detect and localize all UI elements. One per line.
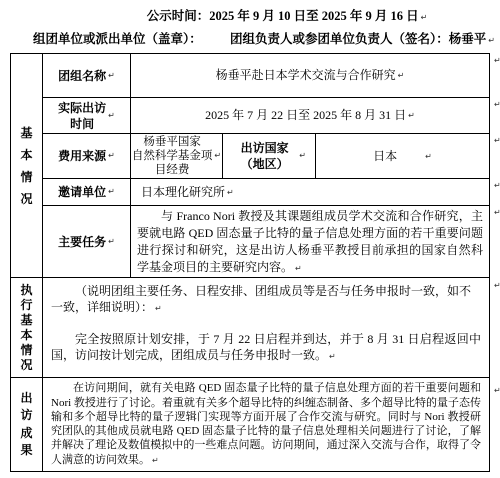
execution-note: （说明团组主要任务、日程安排、团组成员等是否与任务申报时一致，如不一致，详细说明… — [51, 283, 481, 317]
visit-dates-label: 实际出访 时间↵ — [43, 98, 131, 133]
table-row-funding: 费用来源↵ 杨垂平国家 自然科学基金项 目经费↵ 出访国家（地区）↵ 日本↵ — [43, 134, 489, 179]
paragraph-mark-icon: ↵ — [494, 281, 500, 290]
paragraph-mark-icon: ↵ — [494, 386, 500, 395]
table-row-main-tasks: 主要任务↵ 与 Franco Nori 教授及其课题组成员学术交流和合作研究，主… — [43, 206, 489, 277]
paragraph-mark-icon: ↵ — [408, 108, 415, 123]
report-table: 基本情况 团组名称↵ 杨垂平赴日本学术交流与合作研究↵ 实际出访 时间↵ — [10, 53, 490, 472]
paragraph-mark-icon: ↵ — [108, 148, 115, 164]
destination-country-value: 日本↵ — [316, 134, 489, 178]
paragraph-mark-icon: ↵ — [488, 36, 495, 45]
destination-country-label: 出访国家（地区）↵ — [223, 134, 316, 178]
main-tasks-value: 与 Franco Nori 教授及其课题组成员学术交流和合作研究，主要就电路 Q… — [131, 206, 489, 277]
document-page: 公示时间：2025 年 9 月 10 日至 2025 年 9 月 16 日↵ 组… — [0, 0, 500, 478]
paragraph-mark-icon: ↵ — [494, 136, 500, 145]
section-execution-label-text: 执行基本情况 — [20, 283, 33, 373]
section-basic-info: 基本情况 团组名称↵ 杨垂平赴日本学术交流与合作研究↵ 实际出访 时间↵ — [11, 54, 489, 278]
paragraph-mark-icon: ↵ — [398, 68, 405, 83]
table-row-host: 邀请单位↵ 日本理化研究所↵ — [43, 179, 489, 206]
group-name-label: 团组名称↵ — [43, 54, 131, 97]
section-results-label-text: 出访成果 — [20, 390, 33, 460]
table-row-group-name: 团组名称↵ 杨垂平赴日本学术交流与合作研究↵ — [43, 54, 489, 98]
paragraph-mark-icon: ↵ — [329, 352, 336, 361]
paragraph-mark-icon: ↵ — [108, 108, 115, 124]
group-name-value: 杨垂平赴日本学术交流与合作研究↵ — [131, 54, 489, 97]
paragraph-mark-icon: ↵ — [494, 100, 500, 109]
visit-dates-value: 2025 年 7 月 22 日至 2025 年 8 月 31 日↵ — [131, 98, 489, 133]
inviting-org-value: 日本理化研究所↵ — [131, 179, 489, 205]
paragraph-mark-icon: ↵ — [421, 13, 428, 22]
signature-line: 组团单位或派出单位（盖章）： 团组负责人或参团单位负责人（签名）：杨垂平↵ — [33, 29, 495, 47]
paragraph-mark-icon: ↵ — [299, 148, 306, 164]
paragraph-mark-icon: ↵ — [425, 149, 432, 164]
section-basic-label: 基本情况 — [11, 54, 43, 277]
basic-info-rows: 团组名称↵ 杨垂平赴日本学术交流与合作研究↵ 实际出访 时间↵ 2025 年 7… — [43, 54, 489, 277]
results-content: 在访问期间，就有关电路 QED 固态量子比特的量子信息处理方面的若干重要问题和 … — [43, 378, 489, 471]
publicity-period-line: 公示时间：2025 年 9 月 10 日至 2025 年 9 月 16 日↵ — [74, 6, 500, 24]
table-row-visit-dates: 实际出访 时间↵ 2025 年 7 月 22 日至 2025 年 8 月 31 … — [43, 98, 489, 134]
org-unit-seal-label: 组团单位或派出单位（盖章）： — [33, 29, 202, 47]
publicity-period-text: 公示时间：2025 年 9 月 10 日至 2025 年 9 月 16 日 — [147, 9, 419, 23]
section-results-label: 出访成果 — [11, 378, 43, 471]
paragraph-mark-icon: ↵ — [295, 264, 302, 273]
paragraph-mark-icon: ↵ — [214, 149, 221, 163]
section-results: 出访成果 在访问期间，就有关电路 QED 固态量子比特的量子信息处理方面的若干重… — [11, 378, 489, 471]
section-execution: 执行基本情况 （说明团组主要任务、日程安排、团组成员等是否与任务申报时一致，如不… — [11, 278, 489, 378]
execution-statement: 完全按照原计划安排，于 7 月 22 日启程并到达，并于 8 月 31 日启程返… — [51, 331, 481, 365]
main-tasks-label: 主要任务↵ — [43, 206, 131, 277]
execution-content: （说明团组主要任务、日程安排、团组成员等是否与任务申报时一致，如不一致，详细说明… — [43, 278, 489, 377]
paragraph-mark-icon: ↵ — [108, 68, 115, 84]
section-execution-label: 执行基本情况 — [11, 278, 43, 377]
paragraph-mark-icon: ↵ — [155, 304, 162, 313]
section-basic-label-text: 基本情况 — [20, 122, 33, 210]
leader-signature-text: 团组负责人或参团单位负责人（签名）：杨垂平↵ — [230, 29, 495, 47]
paragraph-mark-icon: ↵ — [108, 184, 115, 200]
paragraph-mark-icon: ↵ — [152, 456, 159, 465]
inviting-org-label: 邀请单位↵ — [43, 179, 131, 205]
paragraph-mark-icon: ↵ — [494, 56, 500, 65]
funding-source-label: 费用来源↵ — [43, 134, 131, 178]
funding-source-value: 杨垂平国家 自然科学基金项 目经费↵ — [131, 134, 223, 178]
paragraph-mark-icon: ↵ — [108, 234, 115, 250]
paragraph-mark-icon: ↵ — [227, 185, 234, 200]
paragraph-mark-icon: ↵ — [494, 181, 500, 190]
paragraph-mark-icon: ↵ — [494, 208, 500, 217]
